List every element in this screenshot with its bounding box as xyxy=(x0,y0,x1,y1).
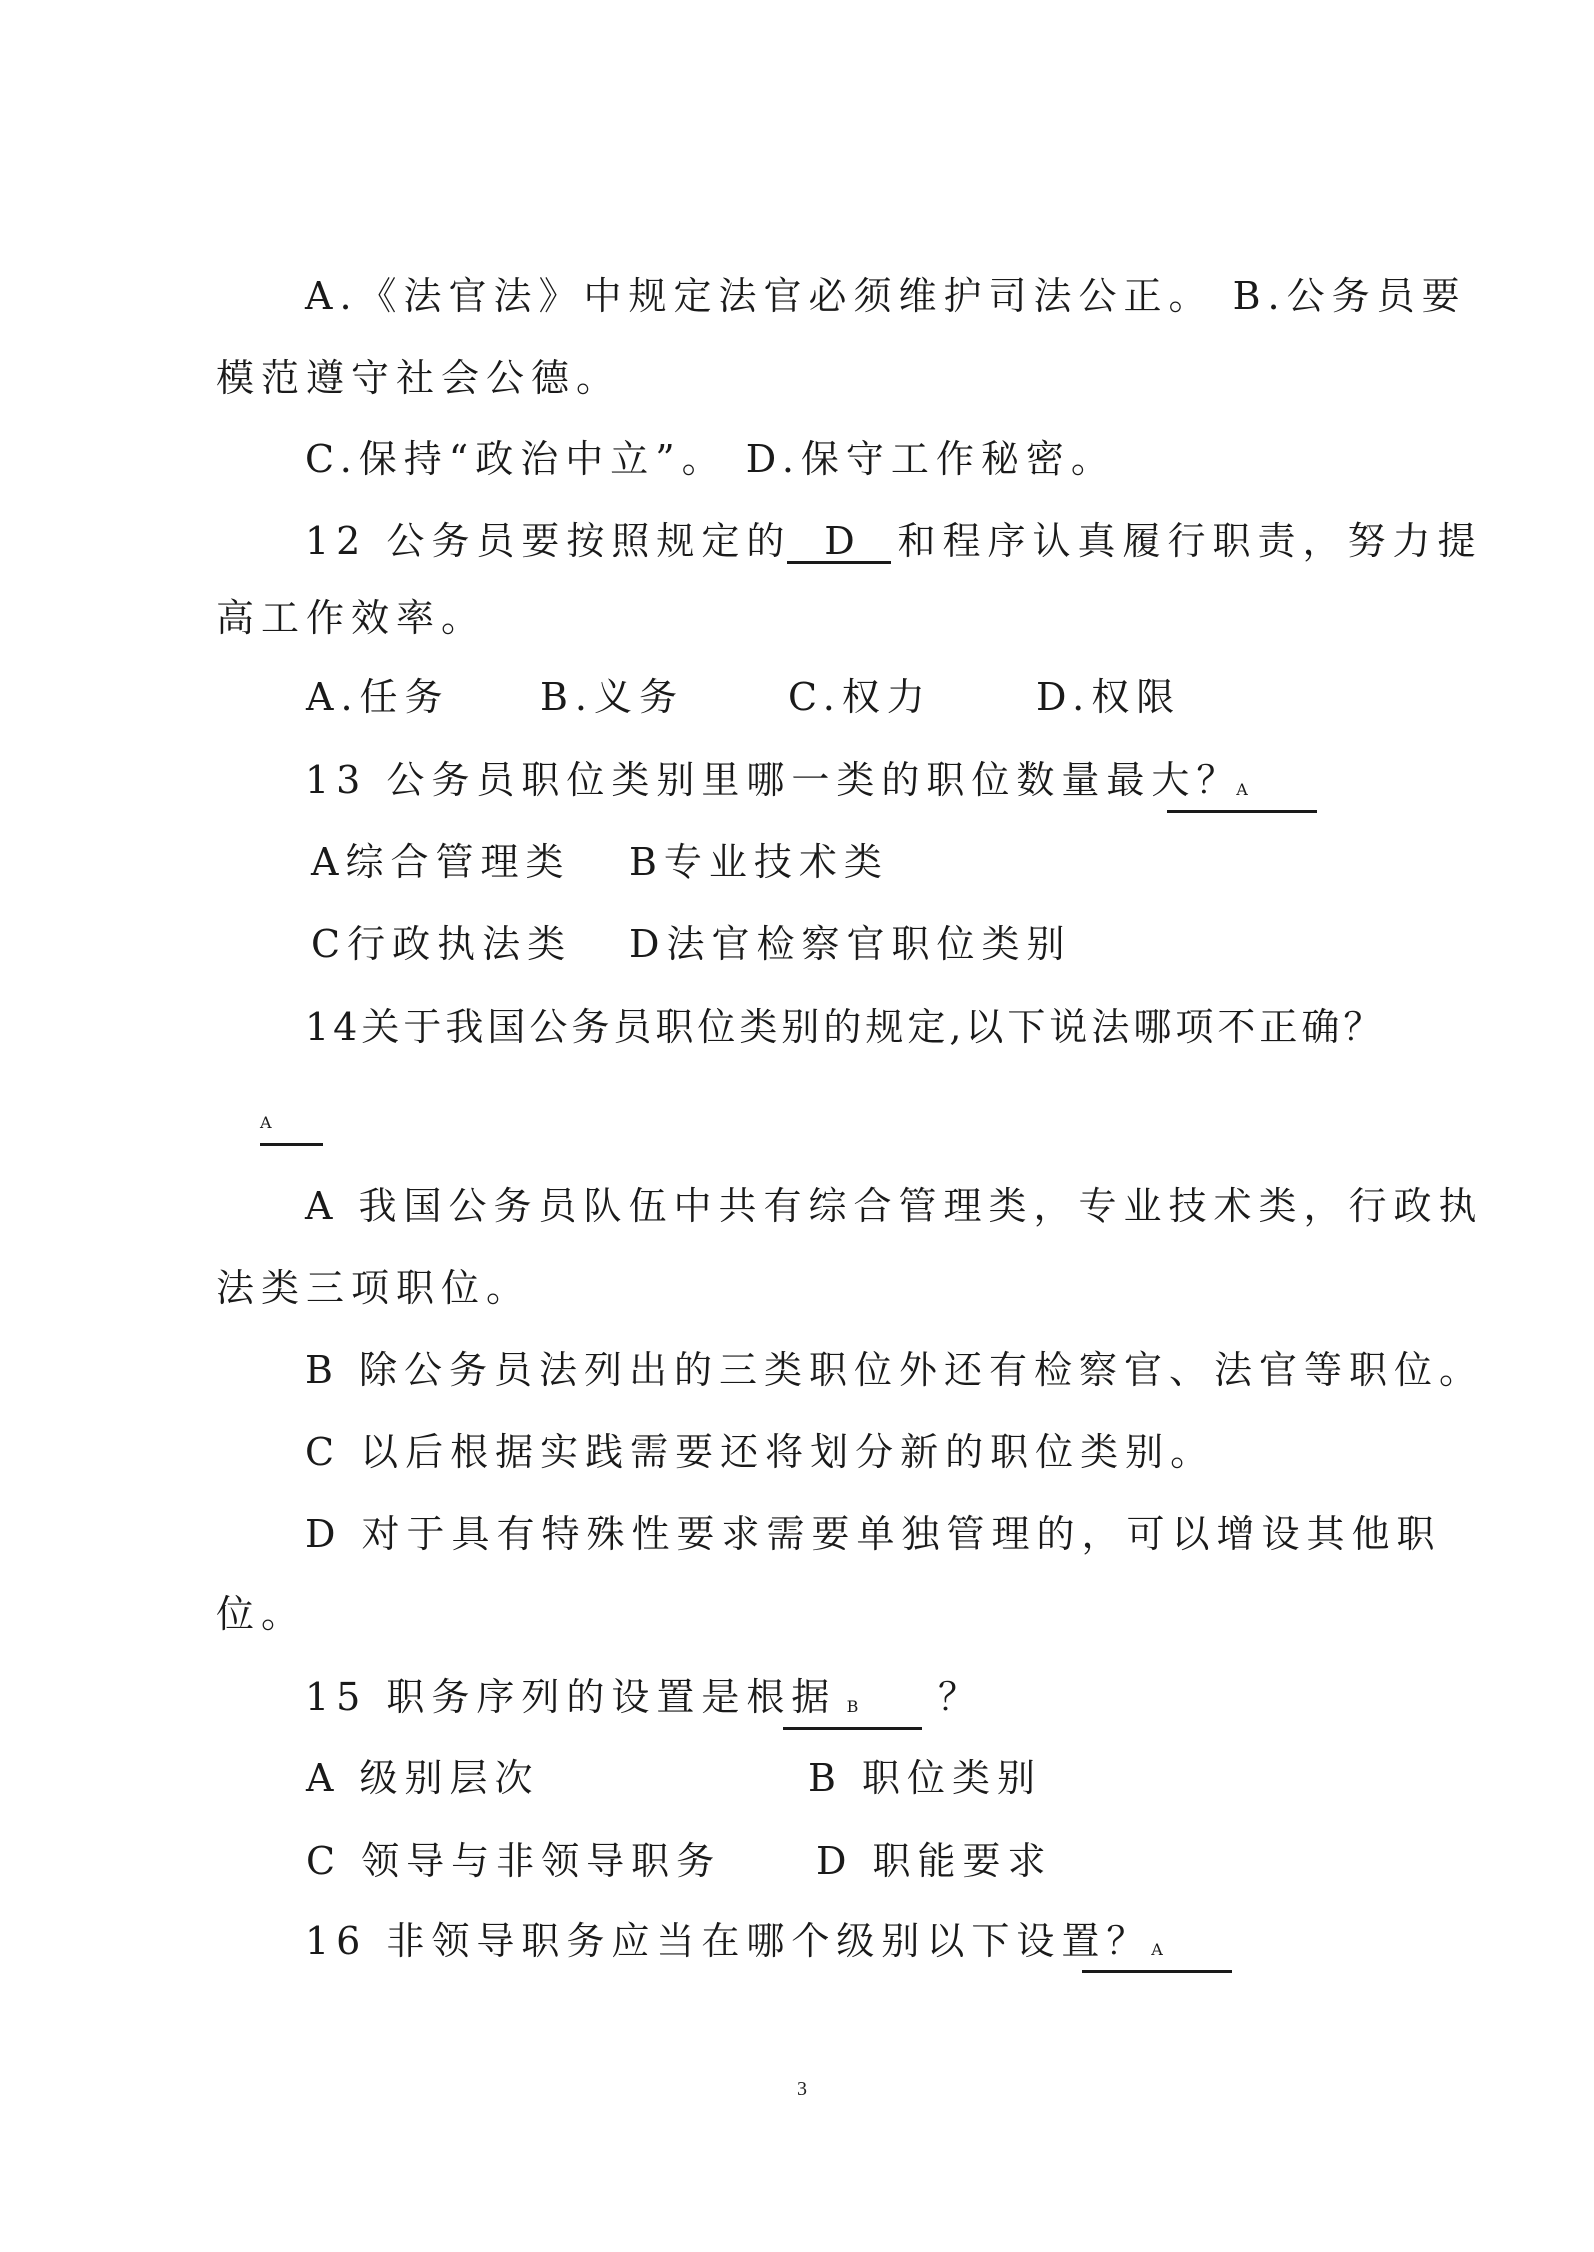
question-15-answer-blank: B xyxy=(783,1687,922,1730)
question-15-option-a: A 级别层次 xyxy=(306,1754,540,1802)
question-12-option-c: C.权力 xyxy=(788,673,932,721)
question-13-prefix: 13 公务员职位类别里哪一类的职位数量最大？ xyxy=(305,756,1241,804)
question-14: 14关于我国公务员职位类别的规定,以下说法哪项不正确？ xyxy=(305,1003,1385,1051)
question-13-answer-blank: A xyxy=(1167,770,1317,813)
question-16: 16 非领导职务应当在哪个级别以下设置？ xyxy=(305,1917,1151,1965)
q11-options-line-1: A.《法官法》中规定法官必须维护司法公正。 B.公务员要 xyxy=(305,272,1467,320)
question-15-prefix: 15 职务序列的设置是根据 xyxy=(305,1673,836,1721)
question-14-option-d-line-1: D 对于具有特殊性要求需要单独管理的，可以增设其他职 xyxy=(305,1510,1442,1558)
document-page: A.《法官法》中规定法官必须维护司法公正。 B.公务员要 模范遵守社会公德。 C… xyxy=(0,0,1594,2252)
question-13-option-c: C行政执法类 xyxy=(311,920,572,968)
question-12-option-d: D.权限 xyxy=(1036,673,1181,721)
question-12-option-a: A.任务 xyxy=(306,673,450,721)
question-12-answer-blank: D xyxy=(787,521,891,564)
question-13: 13 公务员职位类别里哪一类的职位数量最大？ xyxy=(305,756,1241,804)
question-16-prefix: 16 非领导职务应当在哪个级别以下设置？ xyxy=(305,1917,1151,1965)
question-15-option-b: B 职位类别 xyxy=(808,1754,1042,1802)
question-15-question-mark: ？ xyxy=(938,1673,983,1721)
question-12-suffix: 和程序认真履行职责，努力提 xyxy=(897,517,1482,565)
question-14-option-c: C 以后根据实践需要还将划分新的职位类别。 xyxy=(305,1428,1215,1476)
question-12-prefix: 12 公务员要按照规定的 xyxy=(305,517,791,565)
q11-options-line-2: 模范遵守社会公德。 xyxy=(216,354,621,402)
question-14-option-a-line-1: A 我国公务员队伍中共有综合管理类，专业技术类，行政执 xyxy=(305,1182,1484,1230)
question-14-answer-blank: A xyxy=(260,1103,323,1146)
question-14-option-b: B 除公务员法列出的三类职位外还有检察官、法官等职位。 xyxy=(305,1346,1484,1394)
question-13-option-b: B专业技术类 xyxy=(629,838,889,886)
question-12-continuation: 高工作效率。 xyxy=(216,594,486,642)
question-15-option-c: C 领导与非领导职务 xyxy=(306,1837,721,1885)
q11-options-line-3: C.保持“政治中立”。 D.保守工作秘密。 xyxy=(305,435,1116,483)
question-15: 15 职务序列的设置是根据 xyxy=(305,1673,836,1721)
question-13-option-d: D法官检察官职位类别 xyxy=(629,920,1071,968)
question-14-option-a-line-2: 法类三项职位。 xyxy=(216,1264,531,1312)
question-15-option-d: D 职能要求 xyxy=(816,1837,1053,1885)
question-12: 12 公务员要按照规定的D和程序认真履行职责，努力提 xyxy=(305,517,1482,565)
question-14-option-d-line-2: 位。 xyxy=(216,1590,306,1638)
page-number: 3 xyxy=(797,2078,807,2101)
question-16-answer-blank: A xyxy=(1082,1930,1232,1973)
question-12-option-b: B.义务 xyxy=(540,673,684,721)
question-13-option-a: A综合管理类 xyxy=(311,838,570,886)
